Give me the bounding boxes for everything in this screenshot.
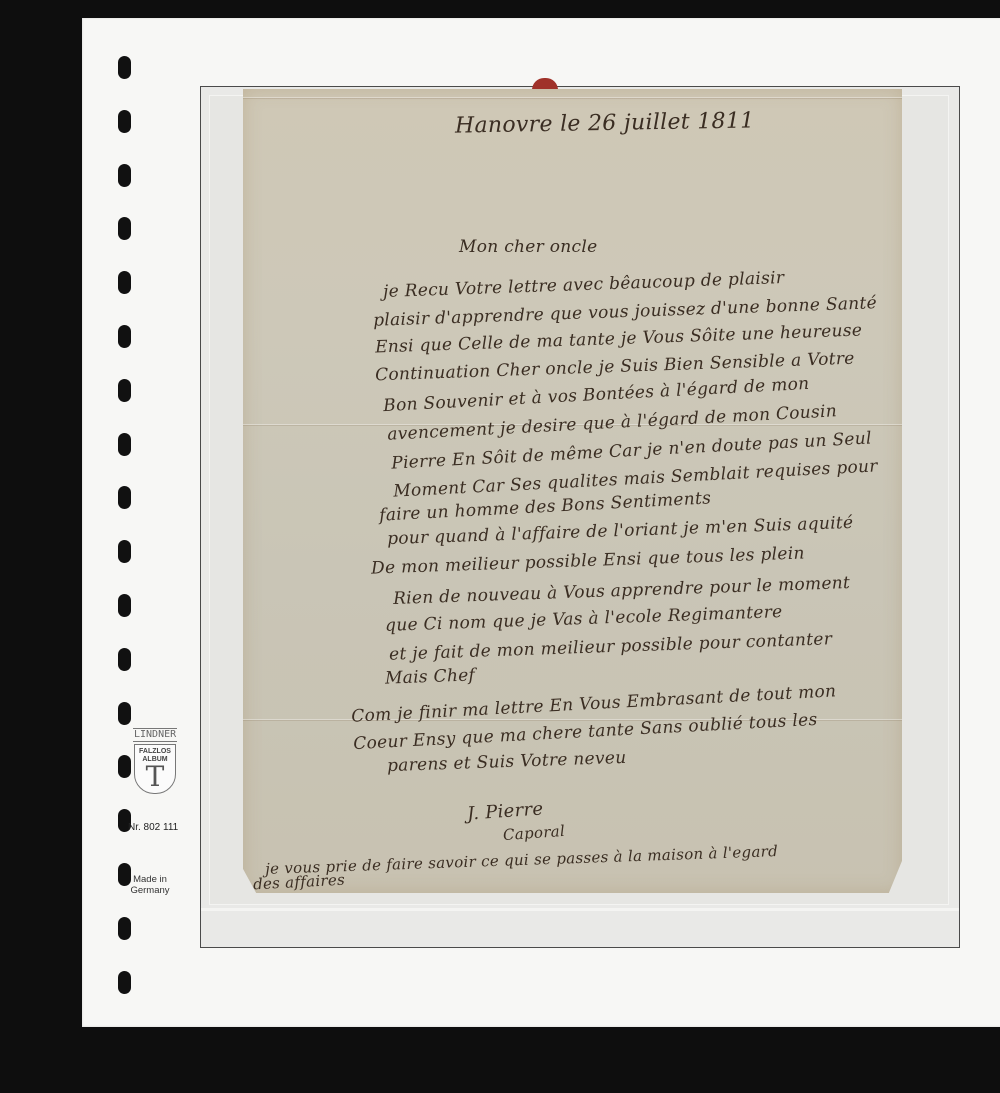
logo-falzlos: FALZLOS [135,748,175,756]
letter-line: je Recu Votre lettre avec bêaucoup de pl… [383,268,785,302]
origin-line-1: Made in [120,874,180,885]
punch-hole [118,540,131,563]
letter-dateline: Hanovre le 26 juillet 1811 [455,108,755,138]
punch-hole [118,56,131,79]
made-in-germany: Made in Germany [120,874,180,896]
letter-line: parens et Suis Votre neveu [387,748,627,776]
origin-line-2: Germany [120,885,180,896]
fold-line [243,97,902,98]
punch-hole [118,271,131,294]
punch-hole [118,594,131,617]
punch-hole [118,325,131,348]
punch-hole [118,217,131,240]
logo-t-glyph: T [135,764,175,790]
letter-salutation: Mon cher oncle [459,237,597,257]
lindner-logo: LINDNER FALZLOS ALBUM T [133,728,177,794]
shield-icon: FALZLOS ALBUM T [134,744,176,794]
punch-hole [118,648,131,671]
postscript-line-2: des affaires [253,871,346,894]
handwritten-letter: Hanovre le 26 juillet 1811 Mon cher oncl… [243,89,902,893]
letter-line: Mais Chef [385,665,476,688]
punch-hole [118,702,131,725]
punch-hole [118,433,131,456]
punch-hole [118,755,131,778]
signature-title: Caporal [502,822,565,844]
punch-hole [118,164,131,187]
punch-hole [118,971,131,994]
punch-hole [118,379,131,402]
punch-hole [118,486,131,509]
logo-brand: LINDNER [133,728,177,742]
product-number: Nr. 802 111 [128,822,178,833]
letter-line: et je fait de mon meilieur possible pour… [389,629,833,664]
letter-line: De mon meilieur possible Ensi que tous l… [371,543,805,578]
letter-signature: J. Pierre [466,798,544,824]
sleeve-strip [201,908,959,911]
punch-hole [118,917,131,940]
punch-hole [118,110,131,133]
